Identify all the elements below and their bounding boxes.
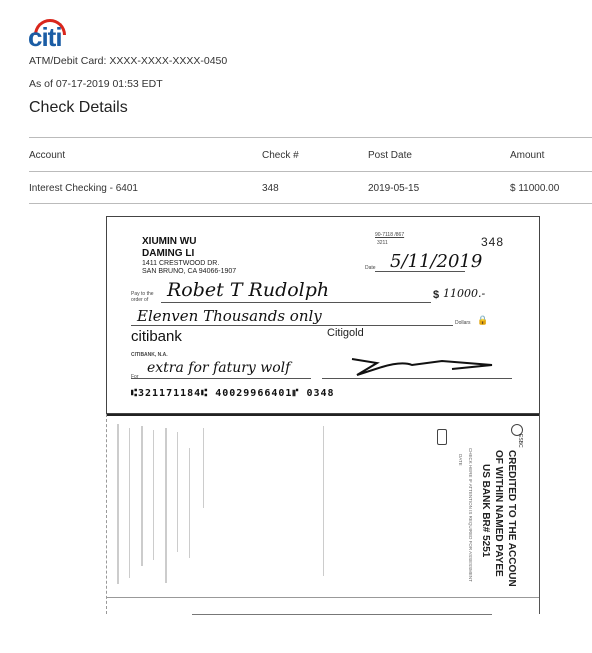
check-front-image: XIUMIN WU DAMING LI 1411 CRESTWOOD DR. S… — [106, 216, 540, 414]
cell-post-date: 2019-05-15 — [368, 183, 419, 194]
date-label: Date — [365, 265, 376, 271]
divider — [29, 137, 592, 138]
divider — [29, 171, 592, 172]
endorsement-line-3: US BANK BR# 5251 — [480, 464, 491, 557]
check-number: 348 — [481, 235, 504, 249]
micr-line: ⑆321171184⑆ 40029966401⑈ 0348 — [131, 388, 335, 399]
written-amount-line — [131, 325, 453, 326]
divider — [29, 203, 592, 204]
owner-name-1: XIUMIN WU — [142, 236, 196, 247]
citi-logo-text: citi — [28, 24, 62, 50]
memo-line — [131, 378, 311, 379]
endorsement-line-1: CREDITED TO THE ACCOUN — [506, 450, 517, 587]
check-here-text: CHECK HERE IF ATTENTION IS REQUIRED FOR … — [468, 448, 473, 582]
column-header-check-number: Check # — [262, 150, 299, 161]
endorsement-line-2: OF WITHIN NAMED PAYEE — [493, 450, 504, 577]
check-back-image: ESBC CREDITED TO THE ACCOUN OF WITHIN NA… — [106, 414, 540, 614]
esbc-text: ESBC — [517, 434, 523, 448]
pay-to-label: Pay to the order of — [131, 291, 161, 303]
column-header-post-date: Post Date — [368, 150, 412, 161]
signature-line — [322, 378, 512, 379]
as-of-timestamp: As of 07-17-2019 01:53 EDT — [29, 78, 163, 90]
routing-fraction: 90-7118 /867 — [375, 232, 404, 238]
citi-logo: citi — [28, 18, 72, 48]
column-header-account: Account — [29, 150, 65, 161]
address-line-1: 1411 CRESTWOOD DR. — [142, 260, 219, 267]
memo: extra for fatury wolf — [147, 360, 290, 376]
written-amount: Elenven Thousands only — [137, 307, 322, 325]
checkbox-icon — [437, 429, 447, 445]
date-line — [375, 271, 465, 272]
card-number: ATM/Debit Card: XXXX-XXXX-XXXX-0450 — [29, 55, 227, 67]
cell-account: Interest Checking - 6401 — [29, 183, 138, 194]
bank-name: CITIBANK, N.A. — [131, 352, 168, 358]
memo-label: For — [131, 374, 139, 380]
cell-check-number: 348 — [262, 183, 279, 194]
date-text: DATE — [458, 454, 463, 466]
citibank-logo: citibank — [131, 328, 182, 345]
owner-name-2: DAMING LI — [142, 248, 194, 259]
citigold-label: Citigold — [327, 327, 364, 339]
amount-symbol: $ — [433, 289, 439, 301]
dollars-label: Dollars — [455, 320, 471, 326]
lock-icon: 🔒 — [477, 315, 488, 326]
amount-value: 11000.- — [443, 287, 485, 300]
address-line-2: SAN BRUNO, CA 94066-1907 — [142, 268, 236, 275]
cell-amount: $ 11000.00 — [510, 183, 559, 194]
payee-line — [161, 302, 431, 303]
signature — [322, 353, 497, 381]
payee: Robet T Rudolph — [167, 279, 329, 301]
routing-sub: 3211 — [377, 240, 388, 246]
column-header-amount: Amount — [510, 150, 544, 161]
check-date: 5/11/2019 — [390, 251, 482, 272]
page-title: Check Details — [29, 99, 128, 117]
